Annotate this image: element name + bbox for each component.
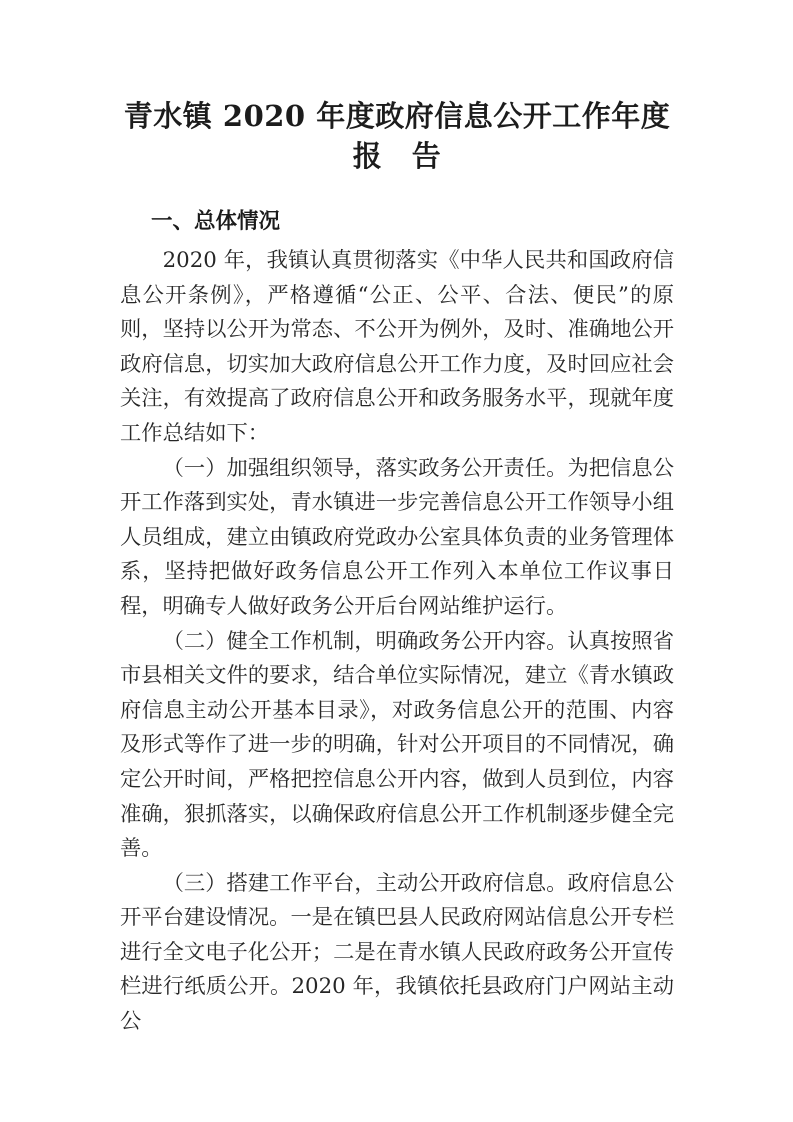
document-title-line-1: 青水镇 2020 年度政府信息公开工作年度 — [120, 96, 674, 136]
section-heading-overall-situation: 一、总体情况 — [120, 209, 674, 234]
document-title-line-2: 报 告 — [120, 136, 674, 176]
document-page: 青水镇 2020 年度政府信息公开工作年度 报 告 一、总体情况 2020 年，… — [0, 0, 793, 1122]
paragraph-intro: 2020 年，我镇认真贯彻落实《中华人民共和国政府信息公开条例》，严格遵循“公正… — [120, 244, 674, 452]
paragraph-item-3-work-platform: （三）搭建工作平台，主动公开政府信息。政府信息公开平台建设情况。一是在镇巴县人民… — [120, 867, 674, 1040]
paragraph-item-2-work-mechanism: （二）健全工作机制，明确政务公开内容。认真按照省市县相关文件的要求，结合单位实际… — [120, 625, 674, 867]
document-title: 青水镇 2020 年度政府信息公开工作年度 报 告 — [120, 96, 674, 176]
document-body: 2020 年，我镇认真贯彻落实《中华人民共和国政府信息公开条例》，严格遵循“公正… — [120, 244, 674, 1040]
page-content: 青水镇 2020 年度政府信息公开工作年度 报 告 一、总体情况 2020 年，… — [120, 0, 674, 1040]
paragraph-item-1-organization-leadership: （一）加强组织领导，落实政务公开责任。为把信息公开工作落到实处，青水镇进一步完善… — [120, 452, 674, 625]
